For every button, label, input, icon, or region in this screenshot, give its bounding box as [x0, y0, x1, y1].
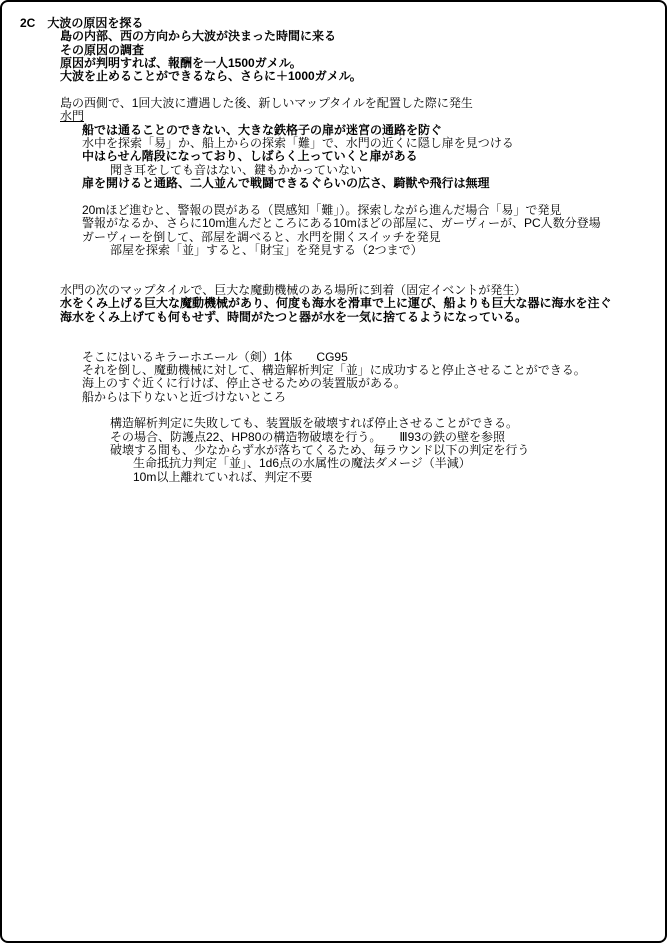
document-page: 2C 大波の原因を探る島の内部、西の方向から大波が決まった時間に来るその原因の調… [0, 0, 667, 943]
doc-line [2, 271, 665, 284]
doc-line: 生命抵抗力判定「並」、1d6点の水属性の魔法ダメージ（半減） [2, 457, 665, 470]
doc-line: ガーヴィーを倒して、部屋を調べると、水門を開くスイッチを発見 [2, 231, 665, 244]
document-text-body: 2C 大波の原因を探る島の内部、西の方向から大波が決まった時間に来るその原因の調… [2, 17, 665, 484]
doc-line: 海上のすぐ近くに行けば、停止させるための装置版がある。 [2, 377, 665, 390]
doc-line [2, 337, 665, 350]
doc-line [2, 257, 665, 270]
doc-line: 警報がなるか、さらに10m進んだところにある10mほどの部屋に、ガーヴィーが、P… [2, 217, 665, 230]
doc-line: 水門 [2, 110, 665, 123]
doc-line [2, 190, 665, 203]
doc-line: その場合、防護点22、HP80の構造物破壊を行う。 Ⅲ93の鉄の壁を参照 [2, 431, 665, 444]
doc-line: 島の西側で、1回大波に遭遇した後、新しいマップタイルを配置した際に発生 [2, 97, 665, 110]
doc-line: 水をくみ上げる巨大な魔動機械があり、何度も海水を滑車で上に運び、船よりも巨大な器… [2, 297, 665, 310]
doc-line: 海水をくみ上げても何もせず、時間がたつと器が水を一気に捨てるようになっている。 [2, 311, 665, 324]
doc-line: 中はらせん階段になっており、しばらく上っていくと扉がある [2, 150, 665, 163]
doc-line: 船からは下りないと近づけないところ [2, 391, 665, 404]
doc-line: 扉を開けると通路、二人並んで戦闘できるぐらいの広さ、騎獣や飛行は無理 [2, 177, 665, 190]
doc-line: 大波を止めることができるなら、さらに＋1000ガメル。 [2, 70, 665, 83]
doc-line: そこにはいるキラーホエール（剣）1体 CG95 [2, 351, 665, 364]
doc-line: 10m以上離れていれば、判定不要 [2, 471, 665, 484]
doc-line [2, 324, 665, 337]
doc-line: 島の内部、西の方向から大波が決まった時間に来る [2, 30, 665, 43]
doc-line: 部屋を探索「並」すると、「財宝」を発見する（2つまで） [2, 244, 665, 257]
doc-line: 構造解析判定に失敗しても、装置版を破壊すれば停止させることができる。 [2, 417, 665, 430]
